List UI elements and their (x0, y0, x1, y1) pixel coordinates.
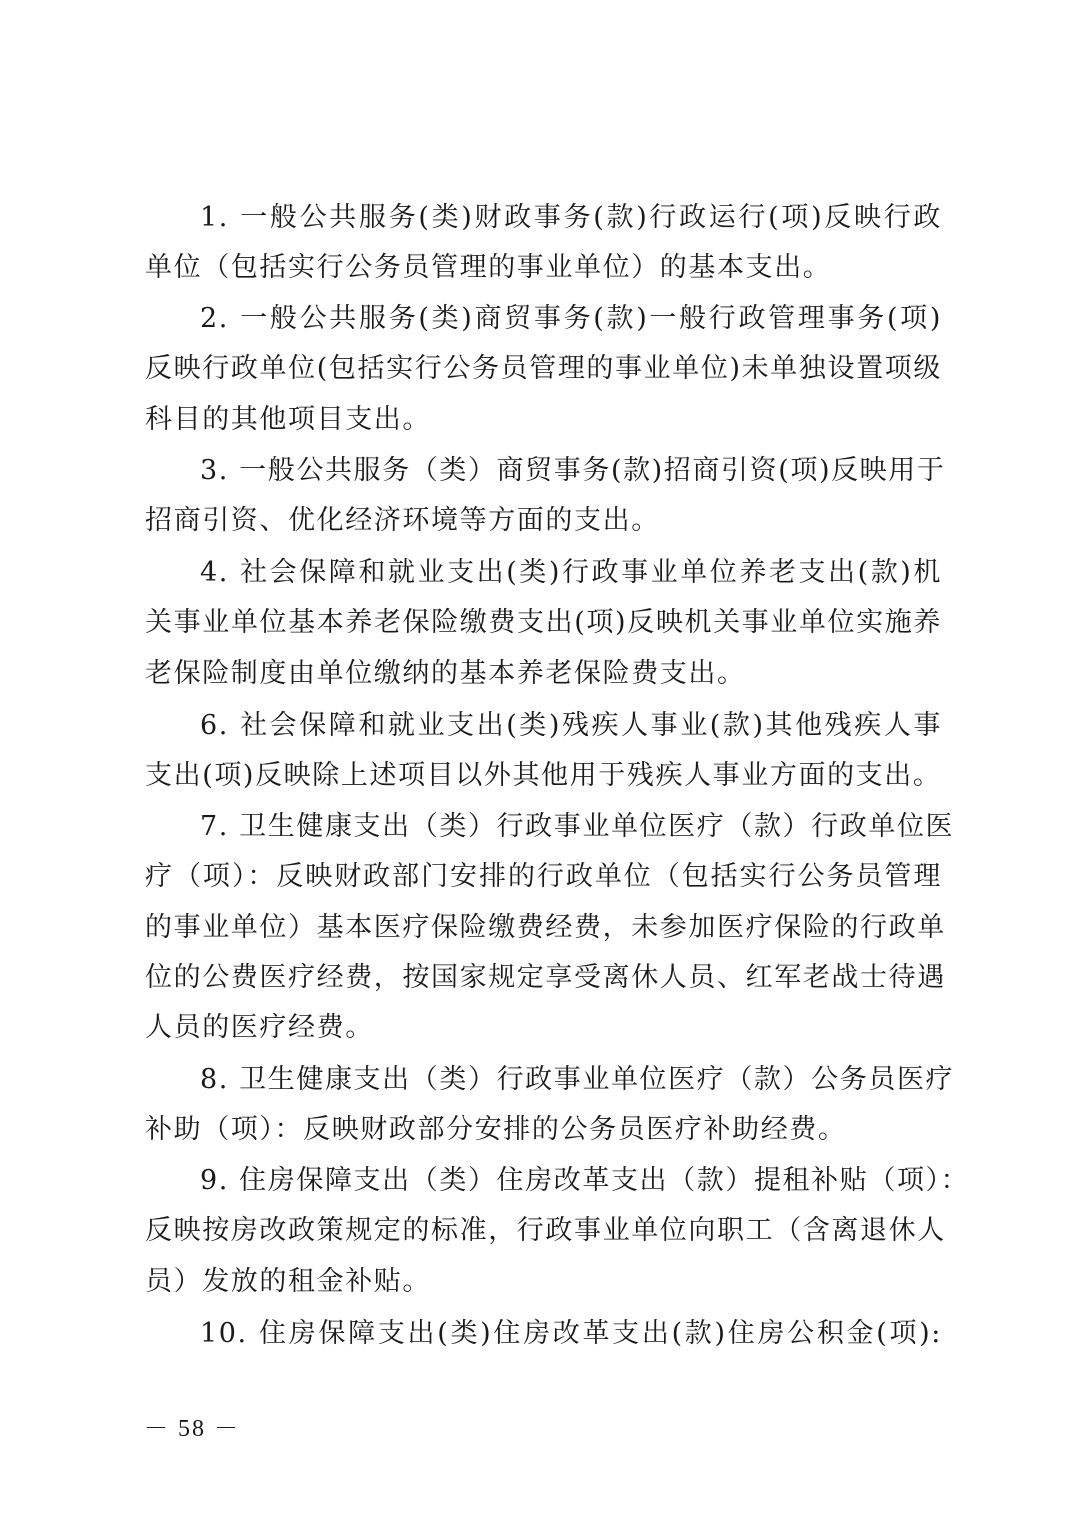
paragraph-4-line-3: 老保险制度由单位缴纳的基本养老保险费支出。 (145, 654, 942, 694)
paragraph-9-line-3: 员）发放的租金补贴。 (145, 1262, 942, 1302)
paragraph-3-line-1: 3. 一般公共服务（类）商贸事务(款)招商引资(项)反映用于 (200, 451, 942, 491)
paragraph-3-line-2: 招商引资、优化经济环境等方面的支出。 (145, 501, 942, 541)
paragraph-1-line-2: 单位（包括实行公务员管理的事业单位）的基本支出。 (145, 248, 942, 288)
paragraph-1-line-1: 1. 一般公共服务(类)财政事务(款)行政运行(项)反映行政 (200, 198, 942, 238)
paragraph-4-line-2: 关事业单位基本养老保险缴费支出(项)反映机关事业单位实施养 (145, 603, 942, 643)
paragraph-7-line-5: 人员的医疗经费。 (145, 1008, 942, 1048)
paragraph-2-line-3: 科目的其他项目支出。 (145, 400, 942, 440)
paragraph-9-line-1: 9. 住房保障支出（类）住房改革支出（款）提租补贴（项）： (200, 1161, 942, 1201)
paragraph-6-line-1: 6. 社会保障和就业支出(类)残疾人事业(款)其他残疾人事 (200, 706, 942, 746)
paragraph-8-line-2: 补助（项）：反映财政部分安排的公务员医疗补助经费。 (145, 1110, 942, 1150)
paragraph-4-line-1: 4. 社会保障和就业支出(类)行政事业单位养老支出(款)机 (200, 553, 942, 593)
paragraph-7-line-1: 7. 卫生健康支出（类）行政事业单位医疗（款）行政单位医 (200, 807, 942, 847)
paragraph-6-line-2: 支出(项)反映除上述项目以外其他用于残疾人事业方面的支出。 (145, 756, 942, 796)
paragraph-2-line-1: 2. 一般公共服务(类)商贸事务(款)一般行政管理事务(项) (200, 299, 942, 339)
paragraph-9-line-2: 反映按房改政策规定的标准，行政事业单位向职工（含离退休人 (145, 1211, 942, 1251)
paragraph-7-line-4: 位的公费医疗经费，按国家规定享受离休人员、红军老战士待遇 (145, 958, 942, 998)
paragraph-8-line-1: 8. 卫生健康支出（类）行政事业单位医疗（款）公务员医疗 (200, 1060, 942, 1100)
paragraph-7-line-3: 的事业单位）基本医疗保险缴费经费，未参加医疗保险的行政单 (145, 908, 942, 948)
document-page: 1. 一般公共服务(类)财政事务(款)行政运行(项)反映行政 单位（包括实行公务… (0, 0, 1074, 1520)
paragraph-2-line-2: 反映行政单位(包括实行公务员管理的事业单位)未单独设置项级 (145, 349, 942, 389)
paragraph-10-line-1: 10. 住房保障支出(类)住房改革支出(款)住房公积金(项): (200, 1314, 942, 1354)
page-number: － 58 － (144, 1413, 240, 1445)
paragraph-7-line-2: 疗（项）：反映财政部门安排的行政单位（包括实行公务员管理 (145, 857, 942, 897)
